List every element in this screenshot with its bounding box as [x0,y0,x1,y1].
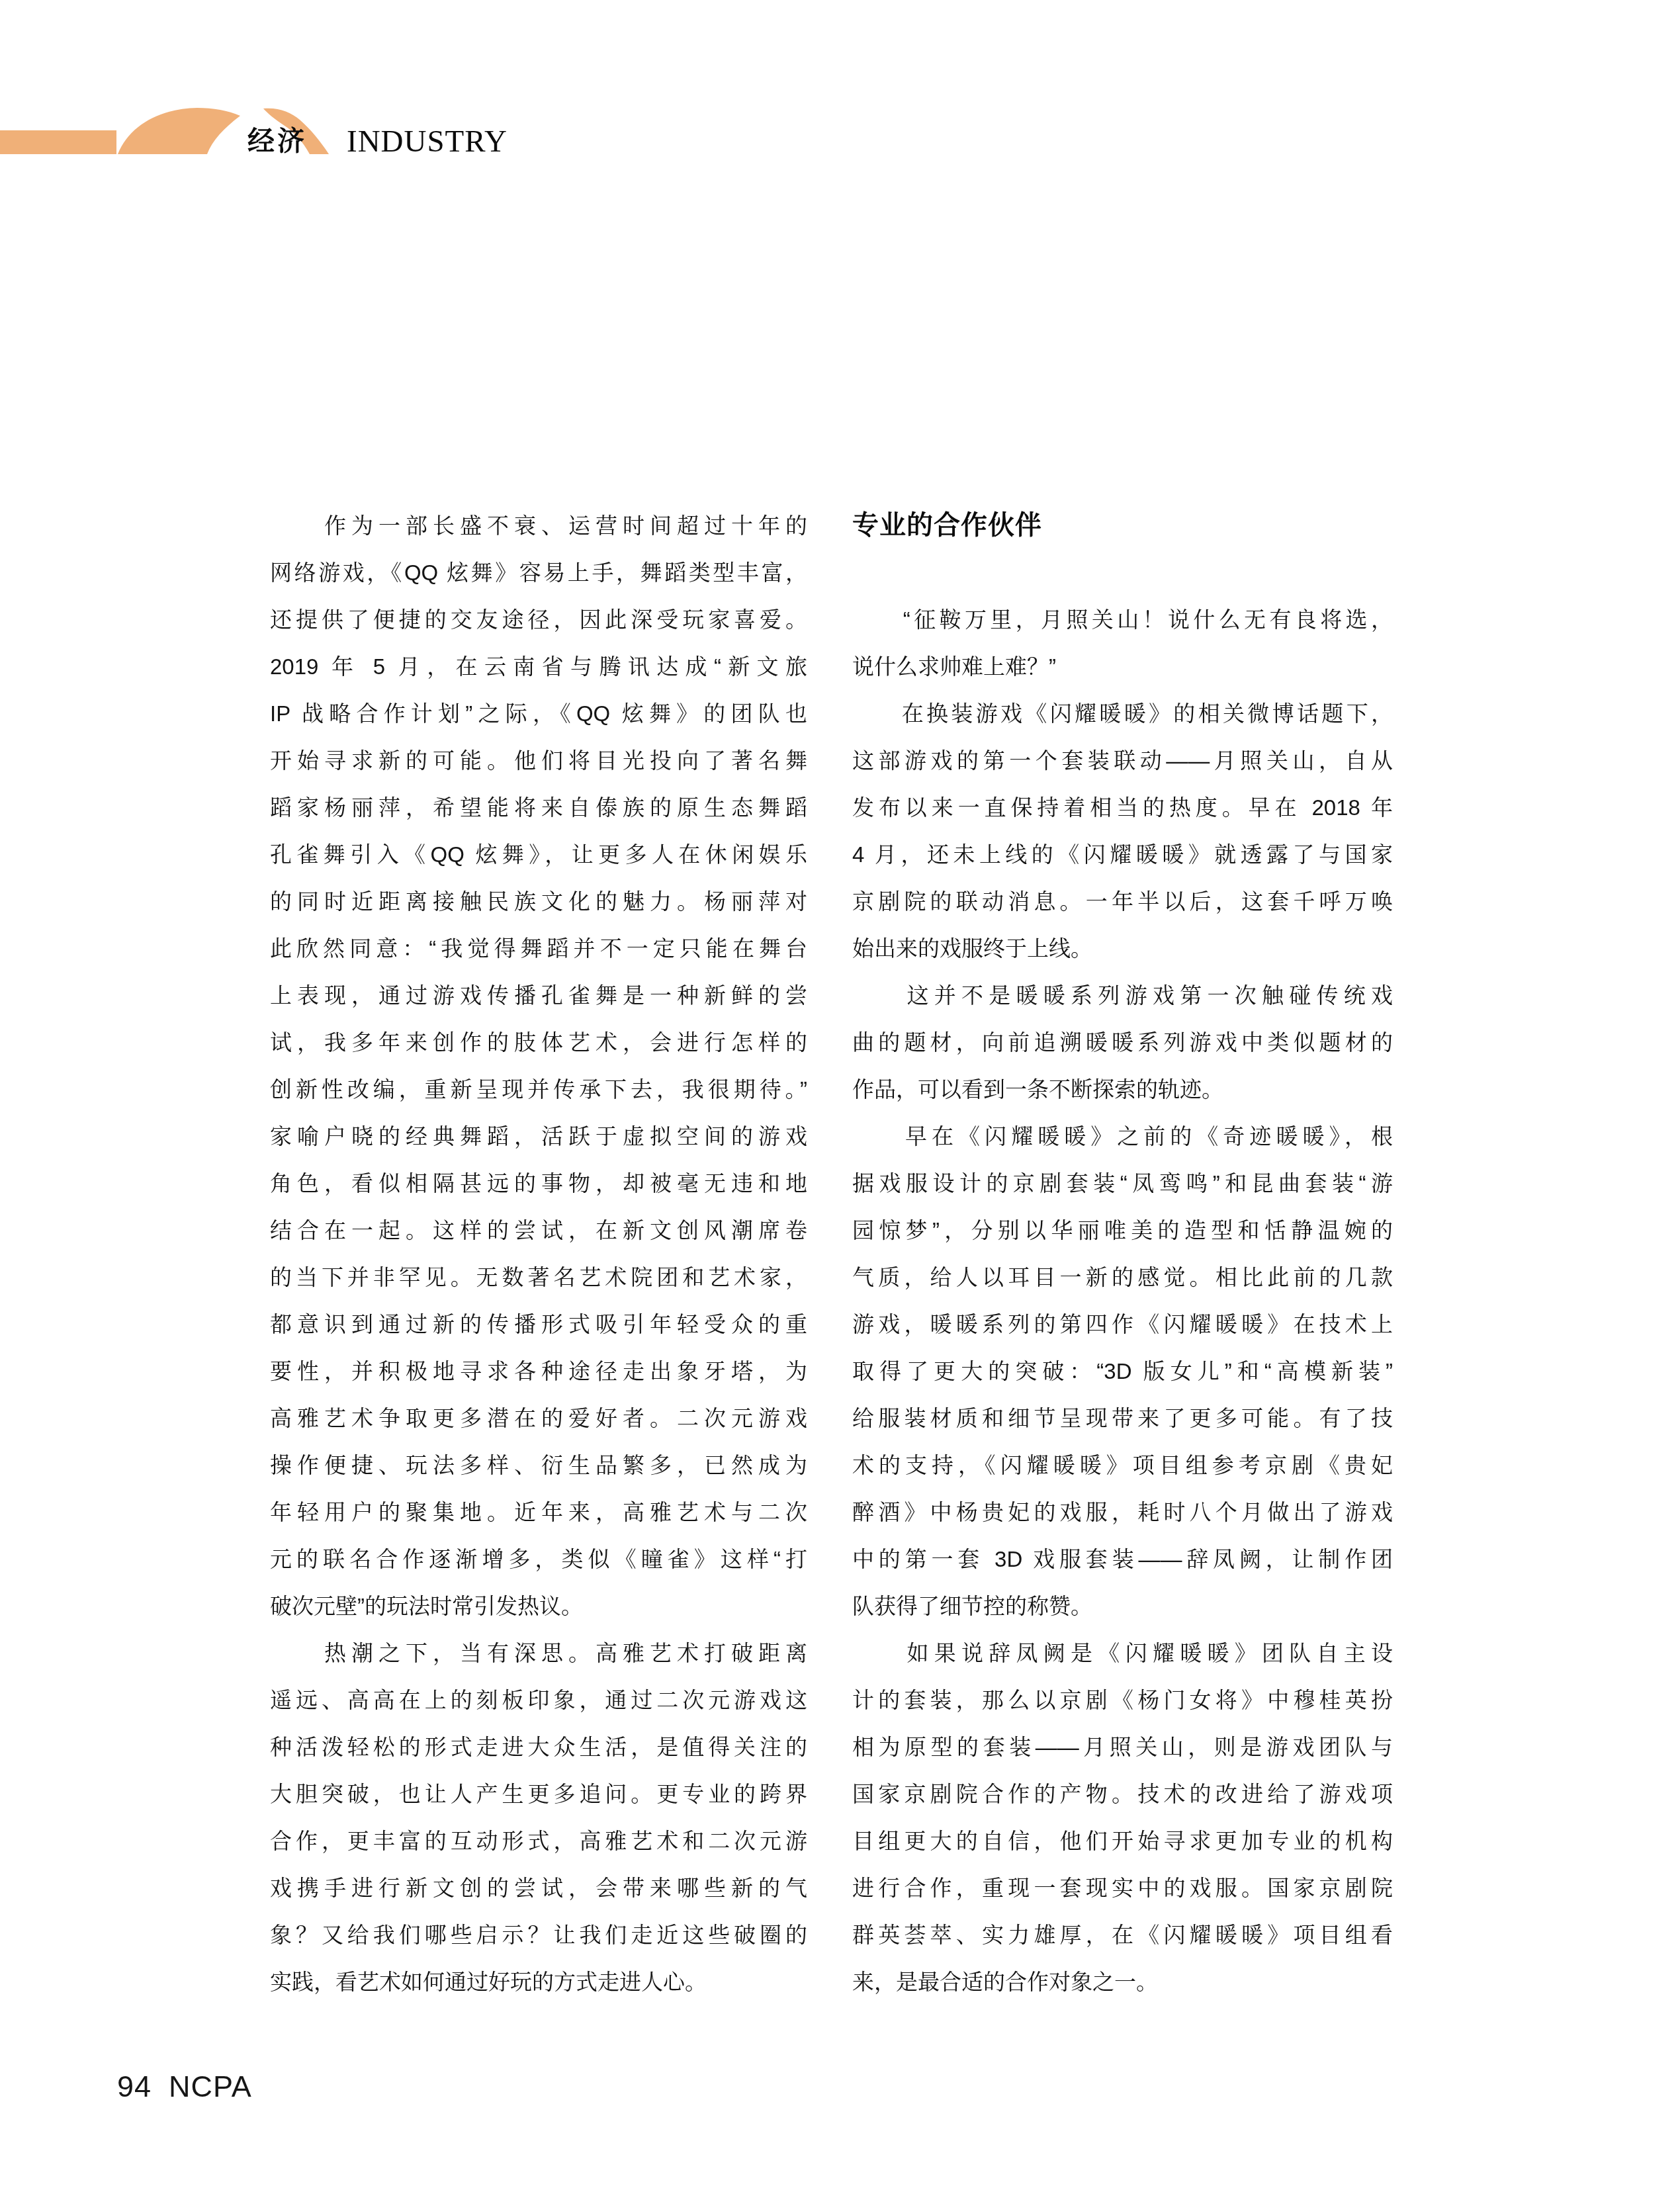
text-line: 家喻户晓的经典舞蹈，活跃于虚拟空间的游戏 [270,1113,807,1160]
text-line: 相为原型的套装——月照关山，则是游戏团队与 [852,1724,1393,1771]
text-line: 合作，更丰富的互动形式，高雅艺术和二次元游 [270,1817,807,1864]
text-line: 园惊梦”，分别以华丽唯美的造型和恬静温婉的 [852,1207,1393,1254]
text-line: 实践，看艺术如何通过好玩的方式走进人心。 [270,1958,807,2005]
text-line: 术的支持，《闪耀暖暖》项目组参考京剧《贵妃 [852,1442,1393,1489]
text-line: 创新性改编，重新呈现并传承下去，我很期待。” [270,1066,807,1113]
text-line: 的同时近距离接触民族文化的魅力。杨丽萍对 [270,878,807,925]
right-column-body: “征鞍万里，月照关山！说什么无有良将选，说什么求帅难上难？” 在换装游戏《闪耀暖… [852,596,1393,2005]
text-line: 遥远、高高在上的刻板印象，通过二次元游戏这 [270,1677,807,1724]
text-line: 在换装游戏《闪耀暖暖》的相关微博话题下， [852,690,1393,737]
text-line: 的当下并非罕见。无数著名艺术院团和艺术家， [270,1254,807,1301]
text-line: 来，是最合适的合作对象之一。 [852,1958,1393,2005]
text-line: 结合在一起。这样的尝试，在新文创风潮席卷 [270,1207,807,1254]
journal-name: NCPA [169,2070,252,2103]
text-line: 早在《闪耀暖暖》之前的《奇迹暖暖》，根 [852,1113,1393,1160]
text-line: 发布以来一直保持着相当的热度。早在 2018 年 [852,784,1393,831]
section-label-en: INDUSTRY [347,127,508,156]
text-line: 这部游戏的第一个套装联动——月照关山，自从 [852,737,1393,784]
text-line: 大胆突破，也让人产生更多追问。更专业的跨界 [270,1771,807,1817]
left-text-column: 作为一部长盛不衰、运营时间超过十年的网络游戏，《QQ 炫舞》容易上手，舞蹈类型丰… [270,502,807,2005]
text-line: 中的第一套 3D 戏服套装——辞凤阙，让制作团 [852,1536,1393,1583]
text-line: 象？又给我们哪些启示？让我们走近这些破圈的 [270,1911,807,1958]
text-line: 京剧院的联动消息。一年半以后，这套千呼万唤 [852,878,1393,925]
text-line: 给服装材质和细节呈现带来了更多可能。有了技 [852,1395,1393,1442]
text-line: 都意识到通过新的传播形式吸引年轻受众的重 [270,1301,807,1348]
header-dome-shape [118,108,240,154]
text-line: 曲的题材，向前追溯暖暖系列游戏中类似题材的 [852,1019,1393,1066]
header-bar-shape [0,130,116,154]
text-line: 高雅艺术争取更多潜在的爱好者。二次元游戏 [270,1395,807,1442]
text-line: 醉酒》中杨贵妃的戏服，耗时八个月做出了游戏 [852,1489,1393,1536]
text-line: 试，我多年来创作的肢体艺术，会进行怎样的 [270,1019,807,1066]
text-line: 这并不是暖暖系列游戏第一次触碰传统戏 [852,972,1393,1019]
text-line: 取得了更大的突破：“3D 版女儿”和“高模新装” [852,1348,1393,1395]
right-text-column: 专业的合作伙伴 “征鞍万里，月照关山！说什么无有良将选，说什么求帅难上难？” 在… [852,502,1393,2005]
text-line: 始出来的戏服终于上线。 [852,925,1393,972]
text-line: 群英荟萃、实力雄厚，在《闪耀暖暖》项目组看 [852,1911,1393,1958]
text-line: 目组更大的自信，他们开始寻求更加专业的机构 [852,1817,1393,1864]
text-line: 开始寻求新的可能。他们将目光投向了著名舞 [270,737,807,784]
text-line: 队获得了细节控的称赞。 [852,1583,1393,1630]
text-line: IP 战略合作计划”之际，《QQ 炫舞》的团队也 [270,690,807,737]
page-footer: 94NCPA [117,2070,252,2104]
text-line: 破次元壁”的玩法时常引发热议。 [270,1583,807,1630]
text-line: 4 月，还未上线的《闪耀暖暖》就透露了与国家 [852,831,1393,878]
text-line: 操作便捷、玩法多样、衍生品繁多，已然成为 [270,1442,807,1489]
text-line: 据戏服设计的京剧套装“凤鸾鸣”和昆曲套装“游 [852,1160,1393,1207]
text-line: 网络游戏，《QQ 炫舞》容易上手，舞蹈类型丰富， [270,549,807,596]
article-subheading: 专业的合作伙伴 [852,502,1393,549]
text-line: 国家京剧院合作的产物。技术的改进给了游戏项 [852,1771,1393,1817]
text-line: 热潮之下，当有深思。高雅艺术打破距离 [270,1630,807,1677]
text-line: 此欣然同意：“我觉得舞蹈并不一定只能在舞台 [270,925,807,972]
page-number: 94 [117,2070,152,2103]
text-line: 游戏，暖暖系列的第四作《闪耀暖暖》在技术上 [852,1301,1393,1348]
text-line: 说什么求帅难上难？” [852,643,1393,690]
text-line: 2019 年 5 月，在云南省与腾讯达成“新文旅 [270,643,807,690]
text-line: 孔雀舞引入《QQ 炫舞》，让更多人在休闲娱乐 [270,831,807,878]
text-line: 角色，看似相隔甚远的事物，却被毫无违和地 [270,1160,807,1207]
text-line: 作品，可以看到一条不断探索的轨迹。 [852,1066,1393,1113]
text-line: 要性，并积极地寻求各种途径走出象牙塔，为 [270,1348,807,1395]
text-line: 还提供了便捷的交友途径，因此深受玩家喜爱。 [270,596,807,643]
text-line: 元的联名合作逐渐增多，类似《瞳雀》这样“打 [270,1536,807,1583]
text-line: 气质，给人以耳目一新的感觉。相比此前的几款 [852,1254,1393,1301]
text-line: 计的套装，那么以京剧《杨门女将》中穆桂英扮 [852,1677,1393,1724]
heading-spacer [852,549,1393,596]
text-line: 上表现，通过游戏传播孔雀舞是一种新鲜的尝 [270,972,807,1019]
text-line: “征鞍万里，月照关山！说什么无有良将选， [852,596,1393,643]
text-line: 种活泼轻松的形式走进大众生活，是值得关注的 [270,1724,807,1771]
text-line: 进行合作，重现一套现实中的戏服。国家京剧院 [852,1864,1393,1911]
text-line: 如果说辞凤阙是《闪耀暖暖》团队自主设 [852,1630,1393,1677]
magazine-page: 经济 INDUSTRY 作为一部长盛不衰、运营时间超过十年的网络游戏，《QQ 炫… [0,0,1680,2188]
section-label-cn: 经济 [247,126,307,155]
text-line: 年轻用户的聚集地。近年来，高雅艺术与二次 [270,1489,807,1536]
text-line: 蹈家杨丽萍，希望能将来自傣族的原生态舞蹈 [270,784,807,831]
text-line: 戏携手进行新文创的尝试，会带来哪些新的气 [270,1864,807,1911]
text-line: 作为一部长盛不衰、运营时间超过十年的 [270,502,807,549]
